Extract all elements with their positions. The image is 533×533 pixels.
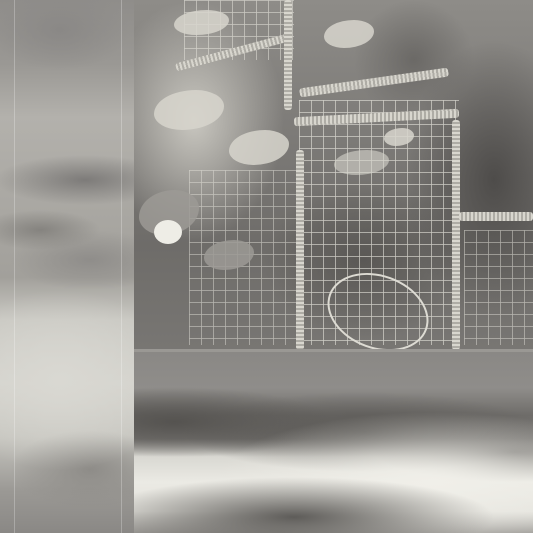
ocean-foam-panel [0, 0, 134, 533]
trap-frame-post [296, 150, 304, 350]
scan-streak [121, 0, 122, 533]
trap-frame-rod [459, 212, 533, 221]
trap-float [154, 220, 182, 244]
leaf [154, 90, 224, 130]
trap-netting [464, 230, 533, 345]
leaf [229, 130, 289, 165]
scan-streak [14, 0, 15, 533]
photo-collage [0, 0, 533, 533]
wave-beach-panel [134, 352, 533, 533]
leaf [324, 20, 374, 48]
lobster-traps-panel [134, 0, 533, 350]
trap-frame-rod [299, 68, 449, 98]
trap-frame-post [284, 0, 292, 110]
trap-frame-post [452, 120, 460, 350]
